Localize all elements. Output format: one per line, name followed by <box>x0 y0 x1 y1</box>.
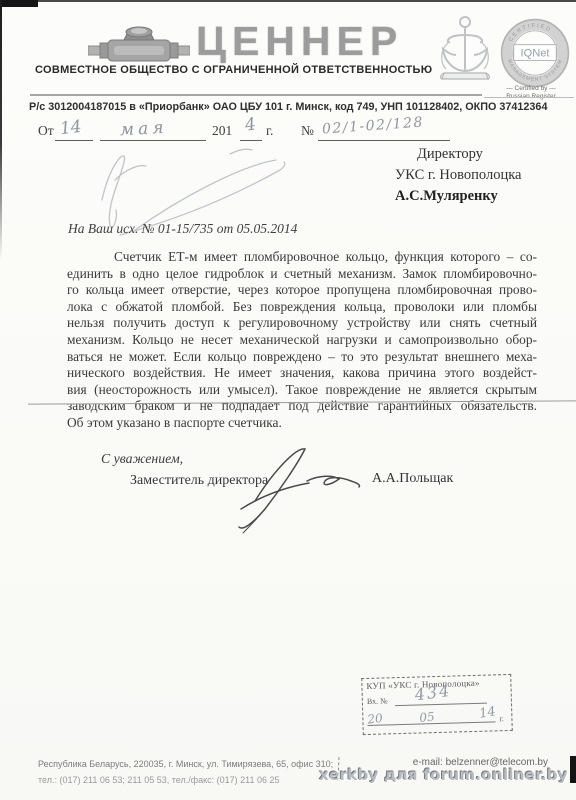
signature-icon <box>235 443 383 535</box>
addressee-organization: УКС г. Новополоцка <box>395 165 521 186</box>
addressee-block: Директору УКС г. Новополоцка А.С.Мулярен… <box>395 144 521 207</box>
body-line: Об этом указано в паспорте счетчика. <box>67 415 537 432</box>
doc-number-blank <box>318 140 450 141</box>
stamp-number-blank <box>395 703 487 707</box>
forum-watermark: xerkby для forum.onliner.by <box>298 766 568 784</box>
footer-address: Республика Беларусь, 220035, г. Минск, у… <box>38 759 333 769</box>
scan-top-border <box>0 0 576 2</box>
body-line: ваться не может. Если кольцо повреждено … <box>67 349 537 366</box>
scanned-letter-page: ЦЕННЕР СОВМЕСТНОЕ ОБЩЕСТВО С ОГРАНИЧЕННО… <box>0 0 576 800</box>
body-line: единить в одно целое гидроблок и счетный… <box>67 266 537 283</box>
header-divider-right <box>484 97 574 98</box>
addressee-title: Директору <box>395 144 521 165</box>
company-type-subtitle: СОВМЕСТНОЕ ОБЩЕСТВО С ОГРАНИЧЕННОЙ ОТВЕТ… <box>35 64 435 76</box>
body-line: лока с обжатой пломбой. Без повреждения … <box>67 299 537 316</box>
body-line: нельзя получить доступ к регулировочному… <box>67 315 537 332</box>
letter-body: Счетчик ЕТ-м имеет пломбировочное кольцо… <box>67 249 537 432</box>
handwritten-stamp-year: 14 <box>478 704 497 722</box>
body-line: вия (неосторожность или умысел). Такое п… <box>67 382 537 399</box>
body-line: го кольца имеет отверстие, через которое… <box>67 282 537 299</box>
doc-number-label: № <box>301 123 314 139</box>
handwritten-year-digit: 4 <box>244 114 258 135</box>
signer-name: А.А.Польщак <box>372 471 453 487</box>
anchor-emblem-icon <box>436 13 494 93</box>
scan-corner-mark <box>0 0 38 7</box>
handwritten-stamp-number: 434 <box>414 681 453 705</box>
footer-phones: тел.: (017) 211 06 53; 211 05 53, тел./ф… <box>38 775 280 785</box>
company-name: ЦЕННЕР <box>196 18 416 65</box>
addressee-name: А.С.Муляренку <box>395 186 521 207</box>
scan-left-border <box>0 0 2 260</box>
handwritten-doc-number: 02/1-02/128 <box>322 114 425 137</box>
handwritten-stamp-day: 20 <box>367 711 384 727</box>
incoming-stamp: КУП «УКС г. Новополоцка» Вх. № 434 20 05… <box>361 674 513 735</box>
stamp-year-suffix: г. <box>499 714 504 723</box>
body-line: нического воздействия. Не имеет значения… <box>67 365 537 382</box>
handwritten-stamp-month: 05 <box>419 710 436 725</box>
salutation: С уважением, <box>101 451 183 467</box>
body-line: Счетчик ЕТ-м имеет пломбировочное кольцо… <box>67 249 537 266</box>
body-line: механизм. Кольцо не несет механической н… <box>67 332 537 349</box>
handwritten-day: 14 <box>59 117 83 139</box>
scan-right-mark <box>570 756 576 783</box>
iqnet-seal-icon: CERTIFIED MANAGEMENT SYSTEM IQNet <box>498 16 572 90</box>
handwritten-month: мая <box>120 118 168 140</box>
certified-by-line1: — Certified by — <box>488 85 574 93</box>
iqnet-center-label: IQNet <box>521 48 550 60</box>
date-year-suffix: г. <box>266 123 273 139</box>
date-from-label: От <box>38 123 54 139</box>
reference-line: На Ваш исх. № 01-15/735 от 05.05.2014 <box>68 221 297 237</box>
header-divider <box>30 94 482 96</box>
bank-details-line: Р/с 3012004187015 в «Приорбанк» ОАО ЦБУ … <box>29 101 576 113</box>
date-year-prefix: 201 <box>212 123 232 139</box>
stamp-incoming-label: Вх. № <box>367 696 388 706</box>
